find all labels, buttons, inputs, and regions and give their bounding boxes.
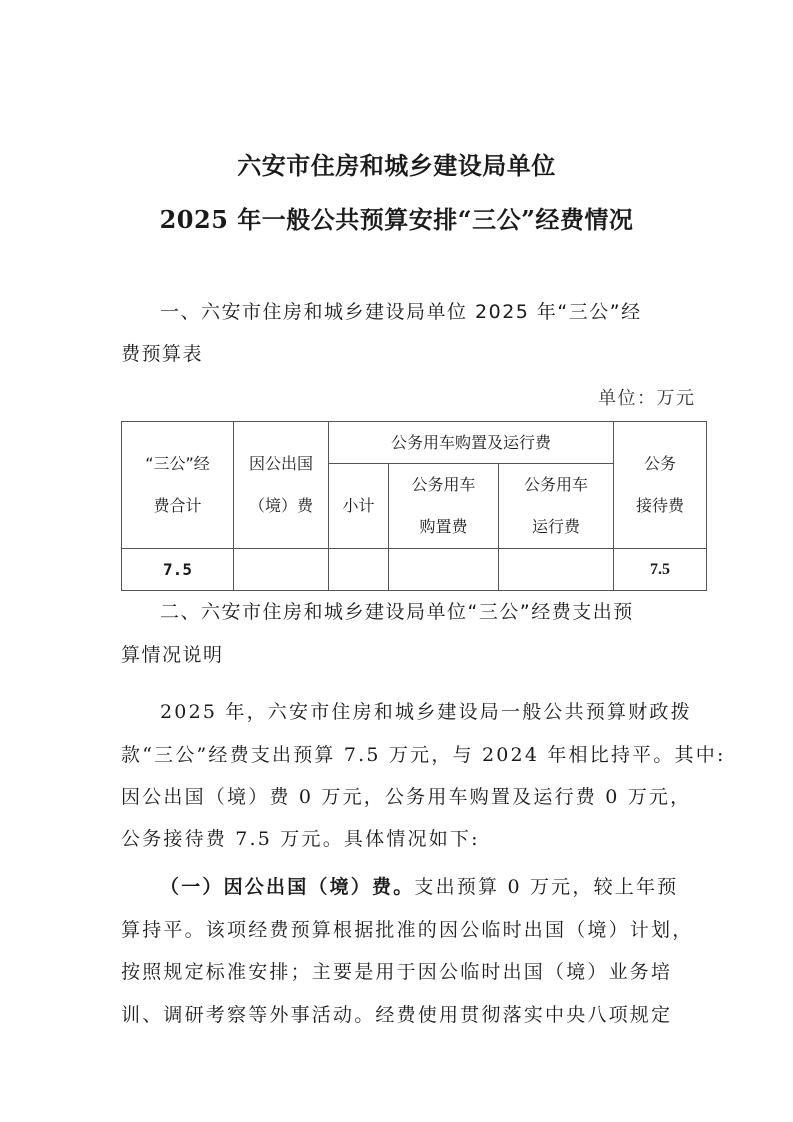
paragraph1-line2: 款“三公”经费支出预算 7.5 万元，与 2024 年相比持平。其中: bbox=[121, 740, 726, 767]
header-total: “三公”经 费合计 bbox=[122, 422, 234, 549]
paragraph1-line4: 公务接待费 7.5 万元。具体情况如下: bbox=[121, 824, 480, 851]
header-total-line2: 费合计 bbox=[122, 485, 233, 527]
header-abroad-line1: 因公出国 bbox=[234, 443, 328, 485]
subsection1-line1-rest: 支出预算 0 万元，较上年预 bbox=[414, 876, 678, 898]
header-vehicle-purchase-line1: 公务用车 bbox=[389, 464, 498, 506]
subsection1-bold-lead: （一）因公出国（境）费。 bbox=[160, 876, 414, 898]
header-reception-line1: 公务 bbox=[614, 443, 706, 485]
subsection1-line2: 算持平。该项经费预算根据批准的因公临时出国（境）计划， bbox=[121, 915, 693, 942]
cell-vehicle-subtotal bbox=[329, 549, 389, 591]
paragraph1-line3: 因公出国（境）费 0 万元，公务用车购置及运行费 0 万元， bbox=[121, 782, 691, 809]
header-vehicle-operation-line1: 公务用车 bbox=[499, 464, 613, 506]
document-title-line2: 2025 年一般公共预算安排“三公”经费情况 bbox=[0, 200, 793, 235]
cell-vehicle-operation bbox=[499, 549, 614, 591]
section2-heading-line2: 算情况说明 bbox=[121, 640, 224, 667]
header-vehicle-operation: 公务用车 运行费 bbox=[499, 464, 614, 549]
three-public-budget-table: “三公”经 费合计 因公出国 （境）费 公务用车购置及运行费 公务 接待费 小计… bbox=[121, 421, 707, 591]
section2-heading-line1: 二、六安市住房和城乡建设局单位“三公”经费支出预 bbox=[160, 597, 634, 624]
header-reception: 公务 接待费 bbox=[614, 422, 707, 549]
header-vehicle-purchase-line2: 购置费 bbox=[389, 506, 498, 548]
header-vehicle-purchase: 公务用车 购置费 bbox=[389, 464, 499, 549]
subsection1-line1: （一）因公出国（境）费。支出预算 0 万元，较上年预 bbox=[160, 872, 678, 899]
subsection1-line4: 训、调研考察等外事活动。经费使用贯彻落实中央八项规定 bbox=[121, 1000, 672, 1027]
document-title-line1: 六安市住房和城乡建设局单位 bbox=[0, 146, 793, 181]
section1-heading-line1: 一、六安市住房和城乡建设局单位 2025 年“三公”经 bbox=[160, 297, 642, 324]
header-total-line1: “三公”经 bbox=[122, 443, 233, 485]
header-vehicle-operation-line2: 运行费 bbox=[499, 506, 613, 548]
cell-reception: 7.5 bbox=[614, 549, 707, 591]
header-reception-line2: 接待费 bbox=[614, 485, 706, 527]
paragraph1-line1: 2025 年，六安市住房和城乡建设局一般公共预算财政拨 bbox=[160, 697, 692, 724]
table-row: 7.5 7.5 bbox=[122, 549, 707, 591]
header-vehicle-group: 公务用车购置及运行费 bbox=[329, 422, 614, 464]
section1-heading-line2: 费预算表 bbox=[121, 339, 203, 366]
header-abroad: 因公出国 （境）费 bbox=[234, 422, 329, 549]
header-vehicle-subtotal: 小计 bbox=[329, 464, 389, 549]
cell-total: 7.5 bbox=[122, 549, 234, 591]
cell-vehicle-purchase bbox=[389, 549, 499, 591]
cell-abroad bbox=[234, 549, 329, 591]
unit-label: 单位：万元 bbox=[598, 384, 696, 410]
subsection1-line3: 按照规定标准安排；主要是用于因公临时出国（境）业务培 bbox=[121, 957, 672, 984]
header-abroad-line2: （境）费 bbox=[234, 485, 328, 527]
